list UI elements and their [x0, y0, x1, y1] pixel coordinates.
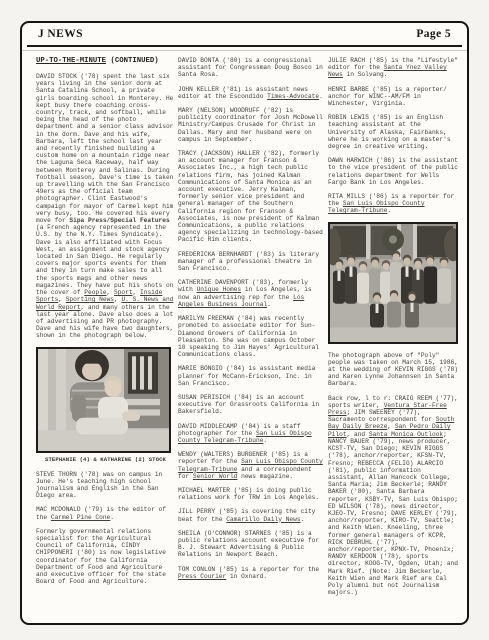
text: news magazine. — [237, 473, 293, 480]
paragraph: JILL PERRY ('85) is covering the city be… — [178, 508, 324, 522]
text: FREDERICKA BERNHARDT ('83) is literary m… — [178, 251, 319, 272]
paragraph: JULIE RACH ('85) is the "Lifestyle" edit… — [328, 57, 461, 79]
section-heading: UP-TO-THE-MINUTE (CONTINUED) — [36, 57, 175, 65]
column-left-text-bottom: STEVE THORN ('78) was on campus in June.… — [36, 471, 175, 586]
text: . — [301, 516, 305, 523]
text: , — [58, 296, 65, 303]
text: TRACY (JACKSON) HALLER ('82), formerly a… — [178, 150, 323, 243]
paragraph: DAWN HARWICH ('86) is the assistant to t… — [328, 157, 461, 186]
text: . — [267, 301, 271, 308]
text: The photograph above of "Poly" people wa… — [328, 352, 458, 388]
paragraph: The photograph above of "Poly" people wa… — [328, 352, 461, 388]
paragraph: JOHN KELLER ('81) is assistant news edit… — [178, 86, 324, 100]
section-heading-suffix: (CONTINUED) — [106, 57, 159, 65]
text: , — [107, 289, 114, 296]
paragraph: WENDY (WALTERS) BURGENER ('85) is a repo… — [178, 451, 324, 480]
text: . — [263, 437, 267, 444]
underlined-text: Press Courier — [178, 573, 226, 580]
paragraph: TRACY (JACKSON) HALLER ('82), formerly a… — [178, 150, 324, 244]
text: MICHAEL MARTER ('85) is doing public rel… — [178, 487, 319, 501]
text: DAVID BONTA ('80) is a congressional ass… — [178, 57, 323, 78]
section-heading-title: UP-TO-THE-MINUTE — [36, 57, 106, 65]
underlined-text: Camarillo Daily News — [226, 516, 300, 523]
underlined-text: Carmel Pine Cone — [51, 514, 110, 521]
underlined-text: San Luis Obispo County Telegram-Tribune — [328, 200, 425, 214]
text: SHEILA (O'CONNOR) STARNES ('85) is a pub… — [178, 530, 319, 559]
paragraph: ROBIN LEWIS ('85) is an English teaching… — [328, 114, 461, 150]
text: HENRI BARBE ('85) is a reporter/ anchor … — [328, 86, 447, 107]
text: , — [133, 289, 140, 296]
paragraph: TOM CONLON ('85) is a reporter for the P… — [178, 566, 324, 580]
text: in Solvang. — [343, 71, 388, 78]
text: (a French agency represented in the U.S.… — [36, 224, 173, 296]
paragraph: Formerly governmental relations speciali… — [36, 528, 175, 586]
paragraph: FREDERICKA BERNHARDT ('83) is literary m… — [178, 251, 324, 273]
column-left-text-top: DAVID STOCK ('78) spent the last six yea… — [36, 73, 175, 340]
text: , — [387, 423, 394, 430]
text: SUSAN PERISICH ('84) is an account execu… — [178, 394, 319, 415]
text: . — [387, 207, 391, 214]
photo-caption: STEPHANIE (4) & KATHARINE (2) STOCK — [36, 456, 175, 463]
underlined-text: Senior World — [193, 473, 238, 480]
underlined-text: People — [84, 289, 106, 296]
column-right: JULIE RACH ('85) is the "Lifestyle" edit… — [328, 57, 461, 603]
page-frame: J NEWS Page 5 UP-TO-THE-MINUTE (CONTINUE… — [20, 21, 469, 625]
header-rule-thin — [22, 50, 467, 51]
text: ; NANCY BAUER ('79), news producer, KCST… — [328, 431, 458, 596]
text: MARIE BONGIO ('84) is assistant media pl… — [178, 365, 315, 386]
page-number: Page 5 — [416, 28, 451, 40]
newsletter-page: J NEWS Page 5 UP-TO-THE-MINUTE (CONTINUE… — [0, 0, 489, 640]
paragraph: STEVE THORN ('78) was on campus in June.… — [36, 471, 175, 500]
header-rule-thick — [27, 45, 462, 47]
newsletter-title: J NEWS — [38, 28, 83, 40]
paragraph: SUSAN PERISICH ('84) is an account execu… — [178, 394, 324, 416]
paragraph: DAVID STOCK ('78) spent the last six yea… — [36, 73, 175, 340]
wedding-group-photo — [328, 222, 458, 344]
wedding-group-photo-image — [330, 224, 456, 342]
column-right-text-bottom: The photograph above of "Poly" people wa… — [328, 352, 461, 597]
paragraph: MARILYN FREEMAN ('84) was recently promo… — [178, 315, 324, 358]
paragraph: MAC MCDONALD ('79) is the editor of the … — [36, 506, 175, 520]
paragraph: CATHERINE DAVENPORT ('83), formerly with… — [178, 279, 324, 308]
text: MARY (NELSON) WOODRUFF ('82) is publicit… — [178, 107, 323, 143]
paragraph: MICHAEL MARTER ('85) is doing public rel… — [178, 487, 324, 501]
column-middle: DAVID BONTA ('80) is a congressional ass… — [178, 57, 324, 587]
text: DAWN HARWICH ('86) is the assistant to t… — [328, 157, 458, 186]
stock-daughters-photo — [36, 347, 171, 453]
masthead: J NEWS Page 5 — [38, 28, 451, 40]
column-middle-text: DAVID BONTA ('80) is a congressional ass… — [178, 57, 324, 580]
text: in Oxnard. — [226, 573, 267, 580]
text: . — [319, 93, 323, 100]
text: TOM CONLON ('85) is a reporter for the — [178, 566, 319, 573]
paragraph: DAVID MIDDLECAMP ('84) is a staff photog… — [178, 423, 324, 445]
underlined-text: Times-Advocate — [267, 93, 319, 100]
column-left: UP-TO-THE-MINUTE (CONTINUED) DAVID STOCK… — [36, 57, 175, 592]
paragraph: MARY (NELSON) WOODRUFF ('82) is publicit… — [178, 107, 324, 143]
underlined-text: Sport — [114, 289, 133, 296]
text: . — [110, 514, 114, 521]
text: DAVID STOCK ('78) spent the last six yea… — [36, 73, 173, 224]
paragraph: MARIE BONGIO ('84) is assistant media pl… — [178, 365, 324, 387]
paragraph: RITA MILLS ('86) is a reporter for the S… — [328, 193, 461, 215]
text: ROBIN LEWIS ('85) is an English teaching… — [328, 114, 451, 150]
paragraph: DAVID BONTA ('80) is a congressional ass… — [178, 57, 324, 79]
text: Formerly governmental relations speciali… — [36, 528, 166, 585]
text: MARILYN FREEMAN ('84) was recently promo… — [178, 315, 319, 358]
underlined-text: Sporting News — [66, 296, 114, 303]
paragraph: HENRI BARBE ('85) is a reporter/ anchor … — [328, 86, 461, 108]
paragraph: SHEILA (O'CONNOR) STARNES ('85) is a pub… — [178, 530, 324, 559]
bold-text: Sipa Press/Special Features — [69, 217, 169, 224]
text: , and — [347, 431, 369, 438]
underlined-text: Unique Homes — [197, 286, 242, 293]
underlined-text: Santa Monica Outlook — [369, 431, 443, 438]
stock-daughters-photo-image — [38, 349, 169, 451]
paragraph: Back row, l to r: CRAIG REEM ('77), spor… — [328, 395, 461, 597]
column-right-text-top: JULIE RACH ('85) is the "Lifestyle" edit… — [328, 57, 461, 215]
text: STEVE THORN ('78) was on campus in June.… — [36, 471, 162, 500]
